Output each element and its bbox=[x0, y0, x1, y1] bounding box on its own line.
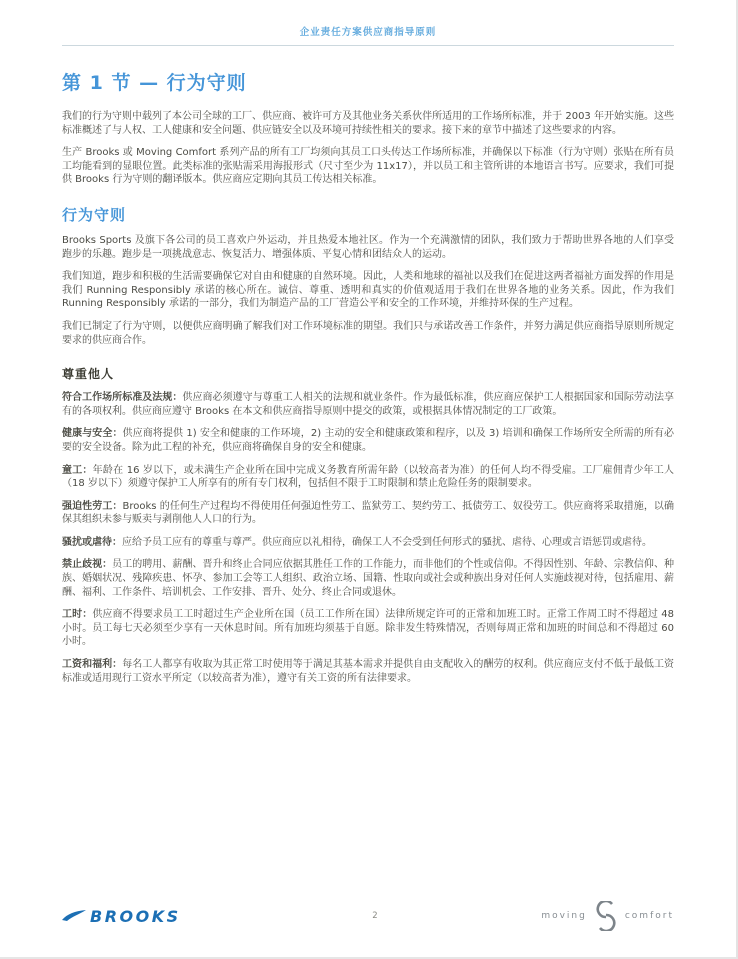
respect-item-standards: 符合工作场所标准及法规：供应商必须遵守与尊重工人相关的法规和就业条件。作为最低标… bbox=[62, 391, 674, 418]
item-lead: 工资和福利： bbox=[62, 659, 122, 670]
intro-paragraph-2: 生产 Brooks 或 Moving Comfort 系列产品的所有工厂均须向其… bbox=[62, 146, 674, 187]
moving-comfort-logo: moving comfort bbox=[541, 901, 674, 931]
intro-paragraph-1: 我们的行为守则中载列了本公司全球的工厂、供应商、被许可方及其他业务关系伙伴所适用… bbox=[62, 110, 674, 137]
respect-item-wages-benefits: 工资和福利：每名工人都享有收取为其正常工时使用等于满足其基本需求并提供自由支配收… bbox=[62, 658, 674, 685]
comfort-label: comfort bbox=[625, 911, 674, 921]
code-of-conduct-subheading: 行为守则 bbox=[62, 204, 674, 225]
item-text: 年龄在 16 岁以下，或未满生产企业所在国中完成义务教育所需年龄（以较高者为准）… bbox=[62, 465, 674, 490]
item-lead: 工时： bbox=[62, 609, 92, 620]
item-lead: 强迫性劳工： bbox=[62, 501, 123, 512]
respect-item-harassment: 骚扰或虐待：应给予员工应有的尊重与尊严。供应商应以礼相待，确保工人不会受到任何形… bbox=[62, 536, 674, 550]
code-paragraph-2: 我们知道，跑步和积极的生活需要确保它对自由和健康的自然环境。因此，人类和地球的福… bbox=[62, 270, 674, 311]
respect-item-health-safety: 健康与安全：供应商将提供 1) 安全和健康的工作环境，2) 主动的安全和健康政策… bbox=[62, 427, 674, 454]
moving-label: moving bbox=[541, 911, 587, 921]
brooks-wordmark: BROOKS bbox=[90, 907, 181, 926]
code-paragraph-1: Brooks Sports 及旗下各公司的员工喜欢户外运动，并且热爱本地社区。作… bbox=[62, 234, 674, 261]
page-container: 企业责任方案供应商指导原则 第 1 节 — 行为守则 我们的行为守则中载列了本公… bbox=[0, 0, 736, 957]
respect-item-child-labor: 童工：年龄在 16 岁以下，或未满生产企业所在国中完成义务教育所需年龄（以较高者… bbox=[62, 464, 674, 491]
item-lead: 符合工作场所标准及法规： bbox=[62, 392, 182, 403]
item-lead: 骚扰或虐待： bbox=[62, 537, 122, 548]
header-divider bbox=[62, 45, 674, 46]
section-title: 第 1 节 — 行为守则 bbox=[62, 68, 674, 95]
respect-item-forced-labor: 强迫性劳工：Brooks 的任何生产过程均不得使用任何强迫性劳工、监狱劳工、契约… bbox=[62, 500, 674, 527]
respect-heading: 尊重他人 bbox=[62, 365, 674, 382]
item-lead: 健康与安全： bbox=[62, 428, 123, 439]
code-paragraph-3: 我们已制定了行为守则，以便供应商明确了解我们对工作环境标准的期望。我们只与承诺改… bbox=[62, 320, 674, 347]
page-number: 2 bbox=[372, 911, 377, 921]
brooks-logo: BROOKS bbox=[62, 907, 181, 926]
item-text: Brooks 的任何生产过程均不得使用任何强迫性劳工、监狱劳工、契约劳工、抵债劳… bbox=[62, 501, 674, 526]
item-text: 员工的聘用、薪酬、晋升和终止合同应依据其胜任工作的工作能力，而非他们的个性或信仰… bbox=[62, 559, 674, 597]
respect-item-working-hours: 工时：供应商不得要求员工工时超过生产企业所在国（员工工作所在国）法律所规定许可的… bbox=[62, 608, 674, 649]
item-lead: 童工： bbox=[62, 465, 93, 476]
brooks-swoosh-icon bbox=[62, 910, 86, 923]
item-text: 每名工人都享有收取为其正常工时使用等于满足其基本需求并提供自由支配收入的酬劳的权… bbox=[62, 659, 674, 684]
s-curve-icon bbox=[593, 901, 619, 931]
item-lead: 禁止歧视： bbox=[62, 559, 112, 570]
respect-item-nondiscrimination: 禁止歧视：员工的聘用、薪酬、晋升和终止合同应依据其胜任工作的工作能力，而非他们的… bbox=[62, 558, 674, 599]
page-footer: BROOKS 2 moving comfort bbox=[62, 901, 674, 931]
item-text: 供应商将提供 1) 安全和健康的工作环境，2) 主动的安全和健康政策和程序，以及… bbox=[62, 428, 674, 453]
item-text: 供应商不得要求员工工时超过生产企业所在国（员工工作所在国）法律所规定许可的正常和… bbox=[62, 609, 674, 647]
document-page: { "header": { "title": "企业责任方案供应商指导原则" }… bbox=[0, 0, 738, 959]
document-header-title: 企业责任方案供应商指导原则 bbox=[62, 24, 674, 38]
item-text: 应给予员工应有的尊重与尊严。供应商应以礼相待，确保工人不会受到任何形式的骚扰、虐… bbox=[122, 537, 652, 548]
